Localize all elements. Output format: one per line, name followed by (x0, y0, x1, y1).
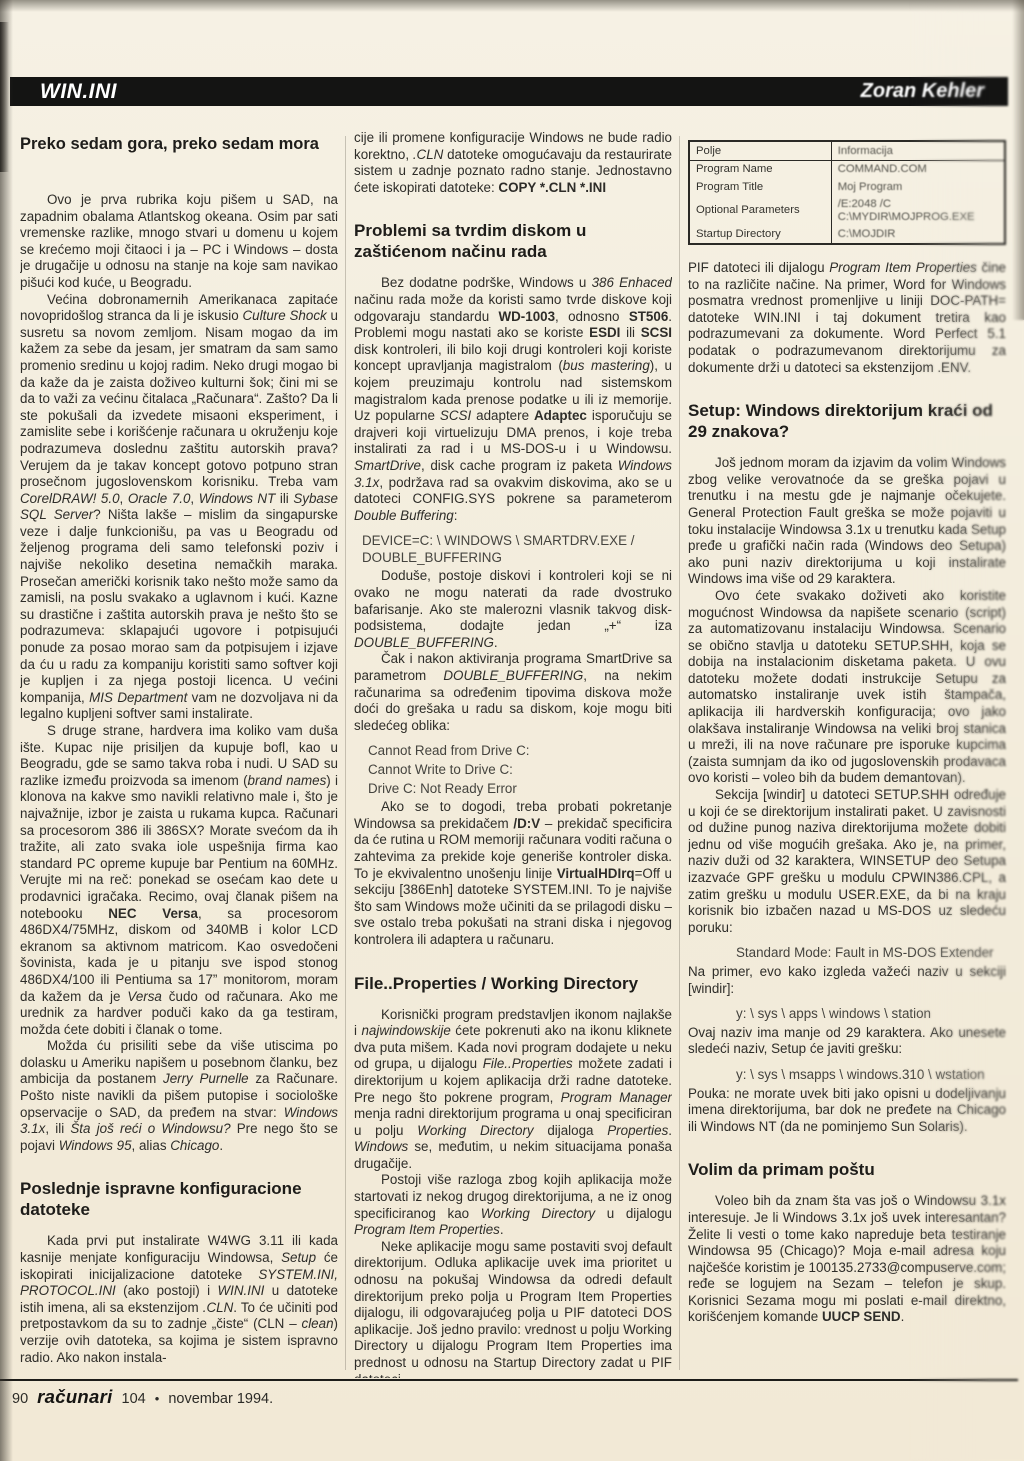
paragraph: Ovo je prva rubrika koju pišem u SAD, na… (20, 192, 338, 292)
section-heading: Preko sedam gora, preko sedam mora (20, 134, 338, 154)
column-3-text: PIF datoteci ili dijalogu Program Item P… (688, 260, 1006, 1326)
paragraph: Korisnički program predstavljen ikonom n… (354, 1007, 672, 1173)
article-author: Zoran Kehler (861, 80, 984, 103)
page-footer: 90 računari 104 • novembar 1994. (0, 1379, 1018, 1408)
paragraph: Pouka: ne morate uvek biti jako opisni u… (688, 1086, 1006, 1136)
paragraph: Neke aplikacije mogu same postaviti svoj… (354, 1239, 672, 1378)
infobox-value: COMMAND.COM (831, 160, 1005, 178)
paragraph: cije ili promene konfiguracije Windows n… (354, 130, 672, 196)
paragraph: Sekcija [windir] u datoteci SETUP.SHH od… (688, 787, 1006, 936)
code-line: DEVICE=C: \ WINDOWS \ SMARTDRV.EXE / DOU… (354, 533, 672, 566)
section-heading: Problemi sa tvrdim diskom u zaštićenom n… (354, 220, 672, 262)
infobox-field: Optional Parameters (689, 196, 831, 226)
paragraph: Doduše, postoje diskovi i kontroleri koj… (354, 568, 672, 651)
paragraph: Bez dodatne podrške, Windows u 386 Enhac… (354, 275, 672, 524)
infobox-column-header: Informacija (831, 141, 1005, 160)
code-line: y: \ sys \ apps \ windows \ station (688, 1006, 1006, 1023)
paragraph: Kada prvi put instalirate W4WG 3.11 ili … (20, 1233, 338, 1366)
infobox-field: Program Name (689, 160, 831, 178)
scan-edge-left (0, 0, 13, 1461)
article-body: Preko sedam gora, preko sedam moraOvo je… (20, 130, 1006, 1378)
section-heading: Poslednje ispravne konfiguracione datote… (20, 1178, 338, 1220)
paragraph: Još jednom moram da izjavim da volim Win… (688, 455, 1006, 588)
section-heading: Setup: Windows direktorijum kraći od 29 … (688, 400, 1006, 442)
infobox-column-header: Polje (689, 141, 831, 160)
code-line: Standard Mode: Fault in MS-DOS Extender (688, 945, 1006, 962)
paragraph: Možda ću prisiliti sebe da više utiscima… (20, 1038, 338, 1154)
magazine-page: { "header": { "title": "WIN.INI", "autho… (0, 0, 1024, 1461)
article-header-bar: WIN.INI Zoran Kehler (10, 77, 1008, 106)
section-heading: Volim da primam poštu (688, 1159, 1006, 1180)
column-divider (345, 136, 346, 1370)
page-number: 90 (12, 1391, 28, 1407)
article-title: WIN.INI (40, 80, 117, 104)
scan-edge-left-dark (0, 22, 9, 172)
column-1: Preko sedam gora, preko sedam moraOvo je… (20, 130, 338, 1378)
issue-date: novembar 1994. (168, 1391, 273, 1407)
magazine-logo: računari (37, 1386, 112, 1408)
paragraph: PIF datoteci ili dijalogu Program Item P… (688, 260, 1006, 376)
paragraph: Na primer, evo kako izgleda važeći naziv… (688, 964, 1006, 997)
scan-edge-right (1012, 0, 1024, 320)
infobox-value: C:\MOJDIR (831, 226, 1005, 245)
paragraph: Ovaj naziv ima manje od 29 karaktera. Ak… (688, 1025, 1006, 1058)
infobox-value: /E:2048 /C C:\MYDIR\MOJPROG.EXE (831, 196, 1005, 226)
infobox-row: Startup DirectoryC:\MOJDIR (689, 226, 1005, 245)
column-2: cije ili promene konfiguracije Windows n… (354, 130, 672, 1378)
issue-number: 104 (122, 1391, 146, 1407)
paragraph: S druge strane, hardvera ima koliko vam … (20, 723, 338, 1038)
infobox-field: Program Title (689, 178, 831, 196)
paragraph: Ovo ćete svakako doživeti ako koristite … (688, 588, 1006, 787)
infobox-field: Startup Directory (689, 226, 831, 245)
infobox-table: PoljeInformacijaProgram NameCOMMAND.COMP… (688, 140, 1006, 245)
column-3: PoljeInformacijaProgram NameCOMMAND.COMP… (688, 130, 1006, 1378)
infobox-row: Program TitleMoj Program (689, 178, 1005, 196)
infobox: PoljeInformacijaProgram NameCOMMAND.COMP… (688, 140, 1006, 245)
paragraph: Voleo bih da znam šta vas još o Windowsu… (688, 1193, 1006, 1326)
paragraph: Čak i nakon aktiviranja programa SmartDr… (354, 651, 672, 734)
paragraph: Većina dobronamernih Amerikanaca zapitać… (20, 292, 338, 723)
infobox-value: Moj Program (831, 178, 1005, 196)
footer-text: 90 računari 104 • novembar 1994. (0, 1381, 1018, 1408)
infobox-row: Optional Parameters/E:2048 /C C:\MYDIR\M… (689, 196, 1005, 226)
bullet-separator: • (155, 1391, 160, 1406)
code-line: Cannot Read from Drive C: (354, 743, 672, 760)
scan-edge-top (0, 0, 1024, 12)
code-line: Drive C: Not Ready Error (354, 781, 672, 798)
infobox-row: Program NameCOMMAND.COM (689, 160, 1005, 178)
column-divider (679, 136, 680, 1370)
paragraph: Ako se to dogodi, treba probati pokretan… (354, 799, 672, 948)
paragraph: Postoji više razloga zbog kojih aplikaci… (354, 1172, 672, 1238)
code-line: y: \ sys \ msapps \ windows.310 \ wstati… (688, 1067, 1006, 1084)
code-line: Cannot Write to Drive C: (354, 762, 672, 779)
section-heading: File..Properties / Working Directory (354, 973, 672, 994)
